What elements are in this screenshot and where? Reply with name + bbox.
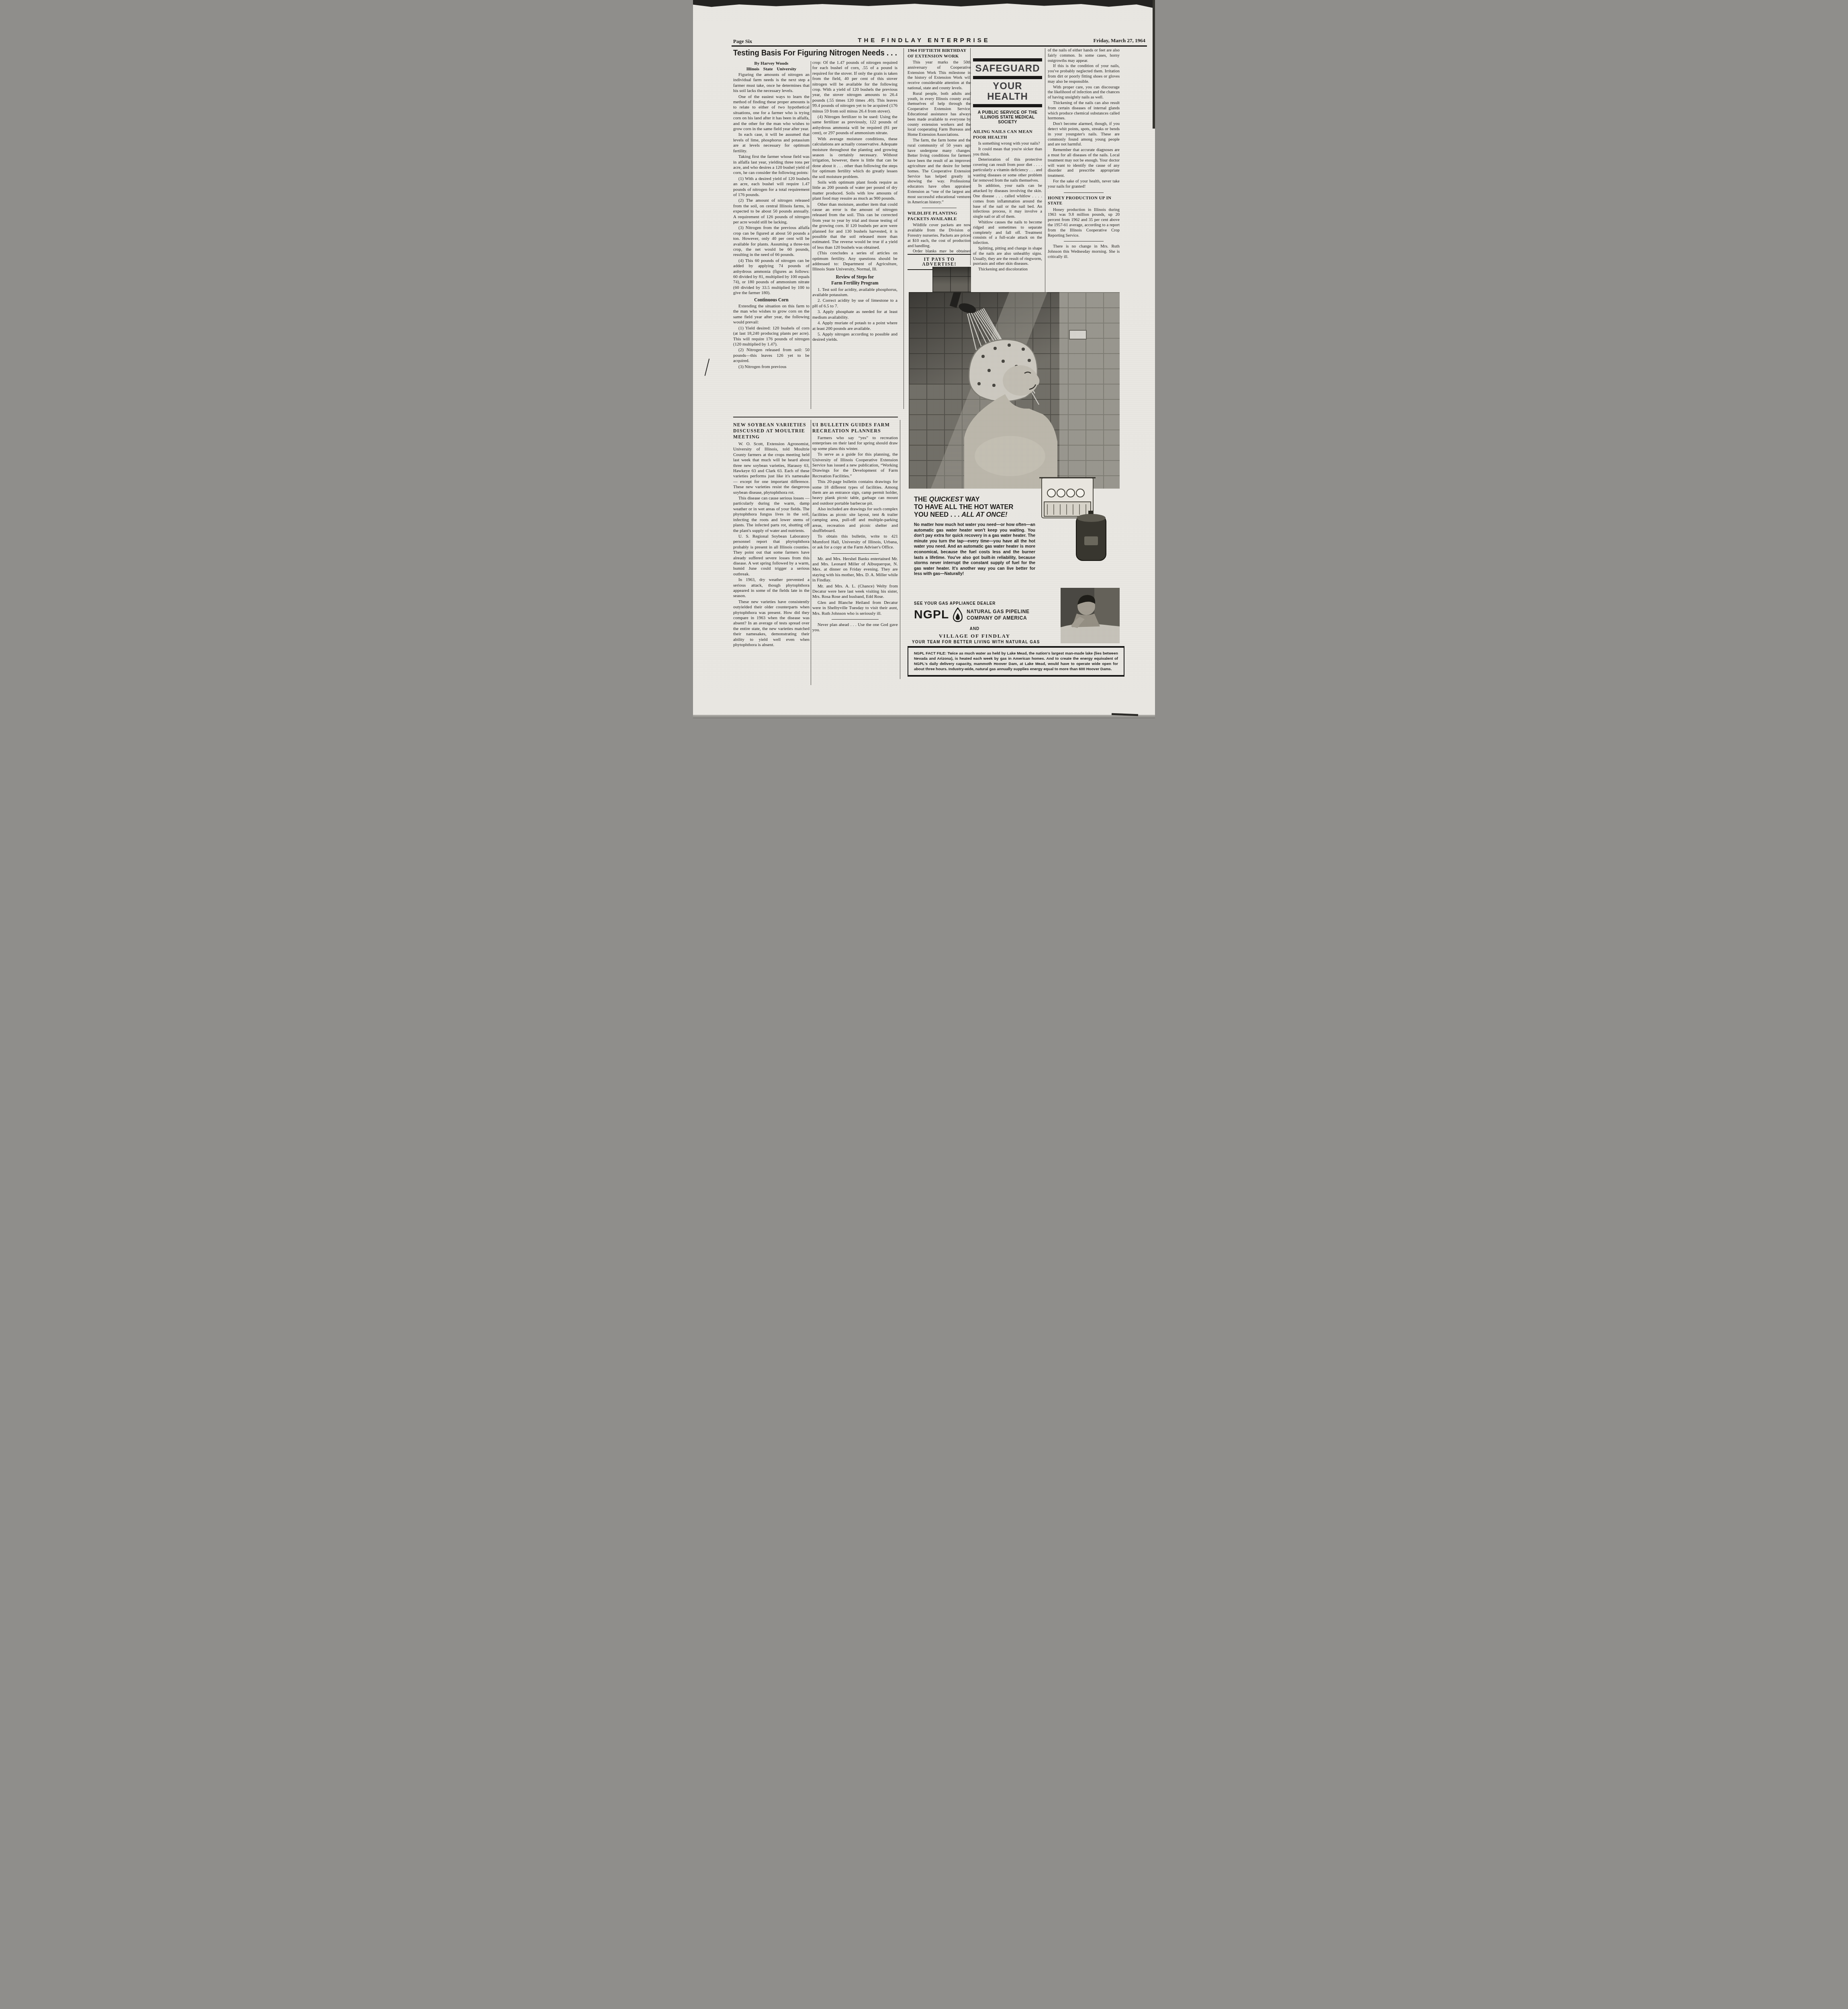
ad-headline-l1a: THE [914, 496, 929, 503]
paragraph: Taking first the farmer whose field was … [733, 154, 810, 176]
wildlife-headline: WILDLIFE PLANTING PACKETS AVAILABLE [908, 211, 971, 222]
paragraph: This year marks the 50th anniversary of … [908, 60, 971, 91]
arm [975, 436, 1045, 476]
honey-paragraphs: Honey production in Illinois during 1963… [1048, 208, 1120, 239]
paragraph: (This concludes a series of articles on … [812, 251, 897, 272]
paragraph: Don't become alarmed, though, if you det… [1048, 122, 1120, 147]
article-col-1: By Harvey Woods Illinois State Universit… [733, 61, 810, 410]
paragraph: In 1963, dry weather prevented a serious… [733, 577, 810, 599]
soybean-headline: NEW SOYBEAN VARIETIES DISCUSSED AT MOULT… [733, 422, 810, 440]
review-subhead-line2: Farm Fertility Program [812, 281, 897, 286]
paragraph: Mr. and Mrs. A. L. (Chance) Welty from D… [812, 584, 898, 600]
header-rule [732, 45, 1147, 47]
masthead-title: THE FINDLAY ENTERPRISE [693, 37, 1155, 44]
divider [922, 208, 957, 208]
paragraph: Order blanks may be obtained from county… [908, 249, 971, 252]
column-rule [904, 48, 904, 409]
paragraph: Remember that accurate diagnoses are a m… [1048, 148, 1120, 179]
column-rule [1045, 48, 1045, 292]
article-col-4: AILING NAILS CAN MEAN POOR HEALTH Is som… [973, 129, 1042, 292]
divider [832, 553, 879, 554]
ad-dealer-line: SEE YOUR GAS APPLIANCE DEALER [914, 601, 996, 606]
ad-company-line2: COMPANY OF AMERICA [967, 615, 1029, 621]
ngpl-fact-file-box: NGPL FACT FILE: Twice as much water as h… [908, 646, 1124, 677]
paragraph: crop: Of the 1.47 pounds of nitrogen req… [812, 60, 897, 114]
paragraph: (3) Nitrogen from the previous alfalfa c… [733, 225, 810, 258]
divider [832, 619, 879, 620]
ngpl-logo: NGPL NATURAL GAS PIPELINE COMPANY OF AME… [914, 608, 1030, 622]
boy-photo-svg [1061, 588, 1120, 643]
appliances-image [1039, 476, 1112, 563]
byline-org: Illinois State University [733, 67, 810, 72]
paragraph: With proper care, you can discourage the… [1048, 85, 1120, 100]
ad-headline-l1b: QUICKEST [929, 496, 963, 503]
scan-bottom-edge [693, 715, 1155, 718]
paragraph: U. S. Regional Soybean Laboratory person… [733, 534, 810, 577]
paragraph: Whitlow causes the nails to become ridge… [973, 220, 1042, 246]
paragraph: 1. Test soil for acidity, available phos… [812, 287, 897, 298]
paragraph: To obtain this bulletin, write to 421 Mu… [812, 534, 898, 550]
col1-paragraphs: Figuring the amounts of nitrogen an indi… [733, 72, 810, 296]
paragraph: (2) Nitrogen released from soil: 50 poun… [733, 348, 810, 364]
paragraph: Deterioration of this protective coverin… [973, 158, 1042, 183]
column-rule [811, 420, 811, 685]
paragraph: of the nails of either hands or feet are… [1048, 48, 1120, 63]
paragraph: Other than moisture, another item that c… [812, 202, 897, 251]
paragraph: W. O. Scott, Extension Agronomist, Unive… [733, 442, 810, 495]
ngpl-flame-icon [953, 608, 963, 622]
paragraph: (4) This 60 pounds of nitrogen can be ad… [733, 258, 810, 296]
ad-company-line1: NATURAL GAS PIPELINE [967, 608, 1029, 615]
paragraph: To serve as a guide for this planning, t… [812, 452, 898, 479]
health-psa-box: SAFEGUARD YOUR HEALTH A PUBLIC SERVICE O… [973, 56, 1042, 125]
psa-bar [973, 104, 1042, 107]
soap-dish [1069, 330, 1086, 339]
paragraph: The farm, the farm home and the rural co… [908, 138, 971, 205]
psa-word-1: SAFEGUARD [973, 63, 1042, 74]
divider [1064, 241, 1103, 241]
paragraph: This 20-page bulletin contains drawings … [812, 479, 898, 506]
paragraph: Splitting, pitting and change in shape o… [973, 246, 1042, 267]
ad-body-copy: No matter how much hot water you need—or… [914, 522, 1035, 577]
paragraph: 2. Correct acidity by use of limestone t… [812, 298, 897, 309]
ad-headline-l3b: ALL AT ONCE! [961, 511, 1007, 518]
byline: By Harvey Woods [733, 61, 810, 66]
extension-headline: 1964 FIFTIETH BIRTHDAY OF EXTENSION WORK [908, 48, 971, 59]
shower-photo-top [932, 267, 971, 292]
paragraph: Rural people, both adults and youth, in … [908, 92, 971, 138]
psa-bar [973, 58, 1042, 61]
paragraph: Thickening of the nails can also result … [1048, 101, 1120, 121]
article-col-2: crop: Of the 1.47 pounds of nitrogen req… [812, 60, 897, 411]
scan-top-edge [693, 0, 1155, 10]
psa-service-line: A PUBLIC SERVICE OF THE [973, 110, 1042, 115]
face [1003, 365, 1038, 396]
paragraph: (1) With a desired yield of 120 bushels … [733, 176, 810, 198]
nails-col5-paragraphs: of the nails of either hands or feet are… [1048, 48, 1120, 190]
paragraph: One of the easiest ways to learn the met… [733, 94, 810, 132]
paragraph: Also included are drawings for such comp… [812, 507, 898, 534]
pen-mark [705, 358, 710, 376]
extension-paragraphs: This year marks the 50th anniversary of … [908, 60, 971, 205]
dishwasher-image [1039, 478, 1096, 518]
paragraph: Honey production in Illinois during 1963… [1048, 208, 1120, 239]
article-col-3: 1964 FIFTIETH BIRTHDAY OF EXTENSION WORK… [908, 48, 971, 252]
soybean-paragraphs: W. O. Scott, Extension Agronomist, Unive… [733, 442, 810, 648]
ad-headline-l3a: YOU NEED . . . [914, 511, 961, 518]
psa-word-2: YOUR HEALTH [973, 81, 1042, 102]
shower-photo-svg [909, 292, 1120, 489]
boy-photo-image [1061, 588, 1120, 643]
paragraph: 5. Apply nitrogen according to possible … [812, 332, 897, 343]
paragraph: (4) Nitrogen fertilizer to be used: Usin… [812, 115, 897, 136]
divider [1064, 192, 1103, 193]
water-heater-image [1076, 511, 1106, 561]
paragraph: In each case, it will be assumed that le… [733, 132, 810, 154]
nails-col4-paragraphs: Is something wrong with your nails?It co… [973, 141, 1042, 272]
paragraph: It could mean that you're sicker than yo… [973, 147, 1042, 158]
honey-headline: HONEY PRODUCTION UP IN STATE [1048, 196, 1120, 207]
ad-and-label: AND [914, 627, 1035, 631]
paragraph: Farmers who say “yes” to recreation ente… [812, 436, 898, 452]
paragraph: (2) The amount of nitrogen released from… [733, 198, 810, 225]
paragraph: This disease can cause serious losses — … [733, 496, 810, 534]
paragraph: 3. Apply phosphate as needed for at leas… [812, 309, 897, 320]
col2-paragraphs: crop: Of the 1.47 pounds of nitrogen req… [812, 60, 897, 272]
nitrogen-headline: Testing Basis For Figuring Nitrogen Need… [733, 49, 883, 58]
column-rule [900, 420, 900, 679]
paragraph: (3) Nitrogen from previous [733, 364, 810, 370]
newspaper-page: Page Six THE FINDLAY ENTERPRISE Friday, … [693, 0, 1155, 718]
nails-headline: AILING NAILS CAN MEAN POOR HEALTH [973, 129, 1042, 140]
paragraph: If this is the condition of your nails, … [1048, 64, 1120, 84]
paragraph: Extending the situation on this farm to … [733, 304, 810, 325]
quip-note: Never plan ahead . . . Use the one God g… [812, 622, 898, 633]
ad-village-line: VILLAGE OF FINDLAY [914, 633, 1035, 639]
paragraph: Is something wrong with your nails? [973, 141, 1042, 147]
col1b-paragraphs: Extending the situation on this farm to … [733, 304, 810, 370]
ad-headline-l2: TO HAVE ALL THE HOT WATER [914, 503, 1043, 511]
personals-paragraphs: Mr. and Mrs. Hershel Banks entertained M… [812, 556, 898, 616]
paragraph: Mr. and Mrs. Hershel Banks entertained M… [812, 556, 898, 583]
shower-photo-image [909, 292, 1120, 489]
bulletin-column: UI BULLETIN GUIDES FARM RECREATION PLANN… [812, 422, 898, 683]
paragraph: Wildlife cover packets are now available… [908, 223, 971, 249]
paragraph: Thickening and discoloration [973, 267, 1042, 272]
psa-society-line: ILLINOIS STATE MEDICAL SOCIETY [973, 115, 1042, 125]
paragraph: Glen and Blanche Heiland from Decatur we… [812, 600, 898, 616]
wildlife-paragraphs: Wildlife cover packets are now available… [908, 223, 971, 252]
ad-team-line: YOUR TEAM FOR BETTER LIVING WITH NATURAL… [912, 640, 1059, 644]
ad-headline: THE QUICKEST WAY TO HAVE ALL THE HOT WAT… [914, 496, 1043, 519]
paragraph: For the sake of your health, never take … [1048, 179, 1120, 190]
column-rule [811, 61, 811, 409]
paragraph: In addition, your nails can be attacked … [973, 184, 1042, 220]
paragraph: (1) Yield desired: 120 bushels of corn (… [733, 326, 810, 348]
paragraph: Soils with optimum plant foods require a… [812, 180, 897, 202]
paragraph: 4. Apply muriate of potash to a point wh… [812, 321, 897, 331]
section-rule [733, 417, 898, 417]
ad-headline-l1c: WAY [963, 496, 980, 503]
article-col-5: of the nails of either hands or feet are… [1048, 48, 1120, 299]
ngpl-logo-text: NGPL [914, 609, 949, 621]
bulletin-paragraphs: Farmers who say “yes” to recreation ente… [812, 436, 898, 550]
scan-right-edge [1153, 0, 1155, 129]
ruth-note: There is no change in Mrs. Ruth Johnson … [1048, 244, 1120, 260]
review-steps-list: 1. Test soil for acidity, available phos… [812, 287, 897, 343]
bulletin-headline: UI BULLETIN GUIDES FARM RECREATION PLANN… [812, 422, 898, 434]
paragraph: Figuring the amounts of nitrogen an indi… [733, 72, 810, 94]
soybean-column: NEW SOYBEAN VARIETIES DISCUSSED AT MOULT… [733, 422, 810, 687]
appliances-svg [1039, 476, 1112, 563]
date-label: Friday, March 27, 1964 [1094, 37, 1145, 44]
psa-bar [973, 76, 1042, 79]
paragraph: These new varieties have consistently ou… [733, 599, 810, 648]
paragraph: With average moisture conditions, these … [812, 137, 897, 180]
review-subhead-line1: Review of Steps for [812, 275, 897, 280]
subhead-continuous-corn: Continuous Corn [733, 298, 810, 303]
